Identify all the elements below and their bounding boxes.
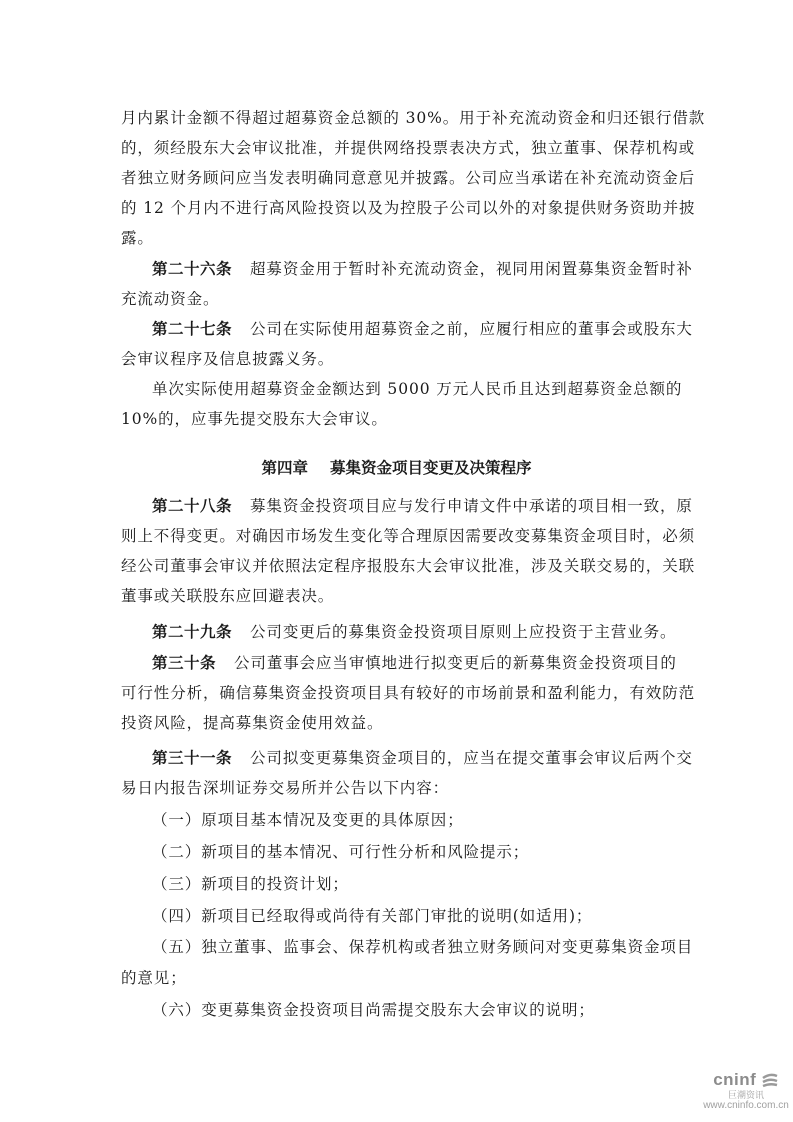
list-item-continuation: 的意见； xyxy=(121,968,676,988)
article-label: 第二十九条 xyxy=(152,623,232,641)
chapter-title: 募集资金项目变更及决策程序 xyxy=(330,459,532,477)
cninfo-watermark: cninf 巨潮资讯 www.cninfo.com.cn xyxy=(700,1070,792,1112)
paragraph-line: 单次实际使用超募资金金额达到 5000 万元人民币且达到超募资金总额的 xyxy=(152,379,676,399)
article-text: 超募资金用于暂时补充流动资金，视同用闲置募集资金暂时补 xyxy=(250,260,693,278)
document-page: 月内累计金额不得超过超募资金总额的 30%。用于补充流动资金和归还银行借款 的，… xyxy=(0,0,793,1122)
article-30: 第三十条公司董事会应当审慎地进行拟变更后的新募集资金投资项目的 xyxy=(152,653,676,673)
article-label: 第二十六条 xyxy=(152,260,232,278)
article-label: 第三十一条 xyxy=(152,749,232,767)
list-item: （二）新项目的基本情况、可行性分析和风险提示； xyxy=(152,842,676,862)
list-item: （六）变更募集资金投资项目尚需提交股东大会审议的说明； xyxy=(152,1000,676,1020)
article-text: 公司董事会应当审慎地进行拟变更后的新募集资金投资项目的 xyxy=(234,654,677,672)
paragraph-line: 者独立财务顾问应当发表明确同意意见并披露。公司应当承诺在补充流动资金后 xyxy=(121,168,676,188)
watermark-url: www.cninfo.com.cn xyxy=(700,1100,792,1112)
paragraph-line: 董事或关联股东应回避表决。 xyxy=(121,586,676,606)
paragraph-line: 可行性分析，确信募集资金投资项目具有较好的市场前景和盈利能力，有效防范 xyxy=(121,683,676,703)
chapter-heading: 第四章募集资金项目变更及决策程序 xyxy=(0,456,793,478)
cninfo-logo-icon xyxy=(761,1073,779,1089)
article-label: 第三十条 xyxy=(152,654,216,672)
paragraph-line: 易日内报告深圳证券交易所并公告以下内容： xyxy=(121,778,676,798)
article-text: 募集资金投资项目应与发行申请文件中承诺的项目相一致，原 xyxy=(250,497,693,515)
list-item: （五）独立董事、监事会、保荐机构或者独立财务顾问对变更募集资金项目 xyxy=(152,937,676,957)
article-text: 公司变更后的募集资金投资项目原则上应投资于主营业务。 xyxy=(250,623,676,641)
paragraph-line: 会审议程序及信息披露义务。 xyxy=(121,349,676,369)
article-label: 第二十八条 xyxy=(152,497,232,515)
chapter-number: 第四章 xyxy=(261,459,308,477)
article-label: 第二十七条 xyxy=(152,320,232,338)
paragraph-line: 的 12 个月内不进行高风险投资以及为控股子公司以外的对象提供财务资助并披 xyxy=(121,198,676,218)
brand-name-cn: 巨潮资讯 xyxy=(700,1090,792,1100)
paragraph-line: 则上不得变更。对确因市场发生变化等合理原因需要改变募集资金项目时，必须 xyxy=(121,526,676,546)
article-text: 公司在实际使用超募资金之前，应履行相应的董事会或股东大 xyxy=(250,320,693,338)
article-29: 第二十九条公司变更后的募集资金投资项目原则上应投资于主营业务。 xyxy=(152,622,676,642)
list-item: （四）新项目已经取得或尚待有关部门审批的说明(如适用)； xyxy=(152,906,676,926)
article-26: 第二十六条超募资金用于暂时补充流动资金，视同用闲置募集资金暂时补 xyxy=(152,259,676,279)
paragraph-line: 投资风险，提高募集资金使用效益。 xyxy=(121,713,676,733)
paragraph-line: 经公司董事会审议并依照法定程序报股东大会审议批准，涉及关联交易的，关联 xyxy=(121,556,676,576)
list-item: （一）原项目基本情况及变更的具体原因； xyxy=(152,810,676,830)
paragraph-line: 的，须经股东大会审议批准，并提供网络投票表决方式，独立董事、保荐机构或 xyxy=(121,138,676,158)
paragraph-line: 10%的，应事先提交股东大会审议。 xyxy=(121,409,676,429)
paragraph-line: 充流动资金。 xyxy=(121,289,676,309)
list-item: （三）新项目的投资计划； xyxy=(152,874,676,894)
article-28: 第二十八条募集资金投资项目应与发行申请文件中承诺的项目相一致，原 xyxy=(152,496,676,516)
article-31: 第三十一条公司拟变更募集资金项目的，应当在提交董事会审议后两个交 xyxy=(152,748,676,768)
article-27: 第二十七条公司在实际使用超募资金之前，应履行相应的董事会或股东大 xyxy=(152,319,676,339)
paragraph-line: 月内累计金额不得超过超募资金总额的 30%。用于补充流动资金和归还银行借款 xyxy=(121,108,676,128)
brand-name: cninf xyxy=(713,1070,756,1089)
article-text: 公司拟变更募集资金项目的，应当在提交董事会审议后两个交 xyxy=(250,749,693,767)
paragraph-line: 露。 xyxy=(121,228,676,248)
